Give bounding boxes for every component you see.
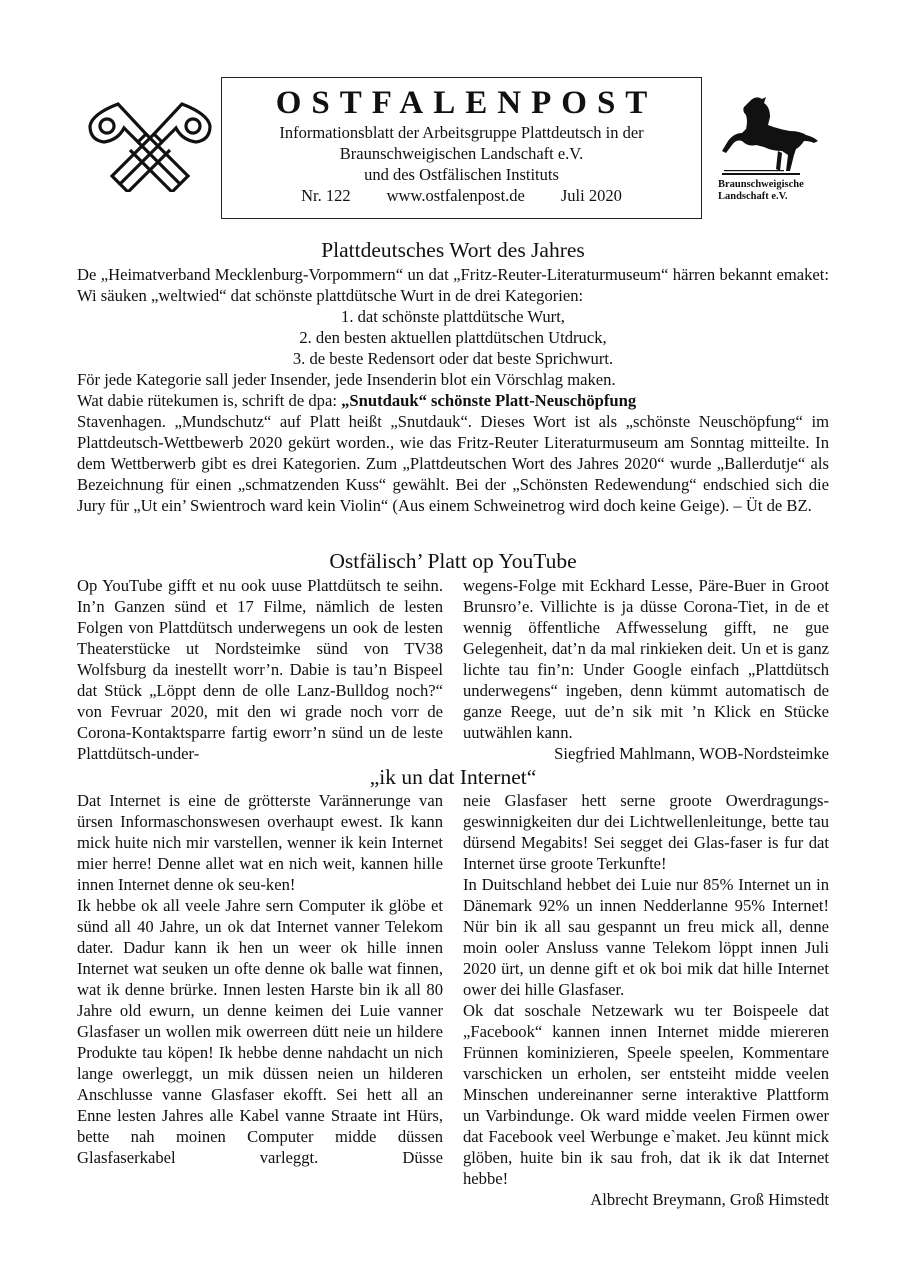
issue-meta: Nr. 122www.ostfalenpost.deJuli 2020 <box>222 185 701 206</box>
newsletter-title: OSTFALENPOST <box>222 84 701 122</box>
article-1-heading: Plattdeutsches Wort des Jahres <box>77 237 829 263</box>
dpa-line: Wat dabie rütekumen is, schrift de dpa: … <box>77 390 829 411</box>
article-1-body: Stavenhagen. „Mundschutz“ auf Platt heiß… <box>77 411 829 516</box>
article-3-right-p1: neie Glasfaser hett serne groote Owerdra… <box>463 790 829 874</box>
article-3-heading: „ik un dat Internet“ <box>77 764 829 790</box>
subtitle-line-1: Informationsblatt der Arbeitsgruppe Plat… <box>222 122 701 143</box>
landschaft-name-line-1: Braunschweigische <box>718 179 838 191</box>
dpa-headline: „Snutdauk“ schönste Platt-Neuschöpfung <box>341 391 636 410</box>
category-1: 1. dat schönste plattdütsche Wurt, <box>77 306 829 327</box>
rearing-horse-icon <box>720 95 820 177</box>
website-link[interactable]: www.ostfalenpost.de <box>387 185 525 206</box>
article-2-left-column: Op YouTube gifft et nu ook uuse Plattdüt… <box>77 575 443 764</box>
article-2-right-column: wegens-Folge mit Eckhard Lesse, Päre-Bue… <box>463 575 829 764</box>
article-3-left-p2: Ik hebbe ok all veele Jahre sern Compute… <box>77 895 443 1168</box>
category-2: 2. den besten aktuellen plattdütschen Ut… <box>77 327 829 348</box>
crossed-keys-logo-icon <box>88 100 212 192</box>
masthead: OSTFALENPOST Informationsblatt der Arbei… <box>221 77 702 219</box>
article-2-author: Siegfried Mahlmann, WOB-Nordsteimke <box>463 743 829 764</box>
article-3-right-column: neie Glasfaser hett serne groote Owerdra… <box>463 790 829 1210</box>
article-2-right-text: wegens-Folge mit Eckhard Lesse, Päre-Bue… <box>463 575 829 743</box>
article-1-intro: De „Heimatverband Mecklenburg-Vorpommern… <box>77 264 829 306</box>
article-3-right-p2: In Duitschland hebbet dei Luie nur 85% I… <box>463 874 829 1000</box>
landschaft-name: Braunschweigische Landschaft e.V. <box>718 179 838 203</box>
article-3-right-p3: Ok dat soschale Netzewark wu ter Boispee… <box>463 1000 829 1189</box>
article-1-rule: För jede Kategorie sall jeder Insender, … <box>77 369 829 390</box>
article-2-heading: Ostfälisch’ Platt op YouTube <box>77 548 829 574</box>
article-3-author: Albrecht Breymann, Groß Himstedt <box>463 1189 829 1210</box>
article-3-left-p1: Dat Internet is eine de grötterste Varän… <box>77 790 443 895</box>
braunschweigische-landschaft-logo: Braunschweigische Landschaft e.V. <box>716 95 836 213</box>
landschaft-name-line-2: Landschaft e.V. <box>718 191 838 203</box>
article-3-left-column: Dat Internet is eine de grötterste Varän… <box>77 790 443 1168</box>
article-1: De „Heimatverband Mecklenburg-Vorpommern… <box>77 264 829 516</box>
category-3: 3. de beste Redensort oder dat beste Spr… <box>77 348 829 369</box>
issue-date: Juli 2020 <box>561 185 622 206</box>
dpa-intro: Wat dabie rütekumen is, schrift de dpa: <box>77 391 341 410</box>
issue-number: Nr. 122 <box>301 185 351 206</box>
article-2-left-text: Op YouTube gifft et nu ook uuse Plattdüt… <box>77 575 443 764</box>
subtitle-line-2: Braunschweigischen Landschaft e.V. <box>222 143 701 164</box>
subtitle-line-3: und des Ostfälischen Instituts <box>222 164 701 185</box>
